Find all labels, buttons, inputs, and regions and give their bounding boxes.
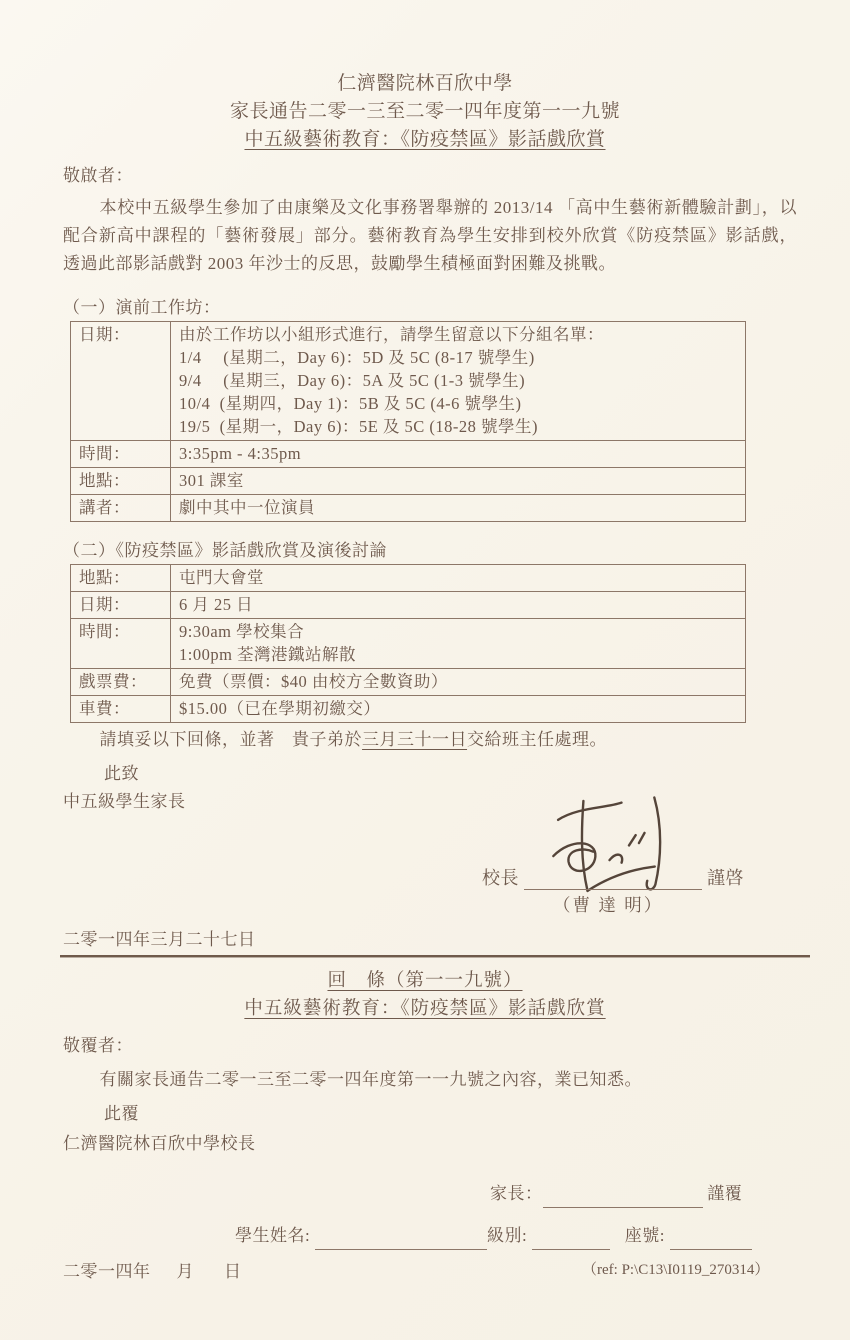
notice-subject: 中五級藝術教育：《防疫禁區》影話戲欣賞 [0,126,850,154]
row-line: 9:30am 學校集合 [179,620,737,643]
row-value: 9:30am 學校集合 1:00pm 荃灣港鐵站解散 [171,619,746,669]
principal-label: 校長 [482,868,519,888]
slip-date-month: 月 [177,1262,195,1281]
row-value: 劇中其中一位演員 [171,495,746,522]
parent-signature-row: 家長： 謹覆 [490,1180,742,1208]
reply-instruction: 請填妥以下回條，並著 貴子弟於三月三十一日交給班主任處理。 [63,726,607,754]
row-value: 6 月 25 日 [171,592,746,619]
parent-label: 家長： [490,1184,543,1203]
principal-name: （曹 達 明） [553,892,663,917]
table-row: 時間： 9:30am 學校集合 1:00pm 荃灣港鐵站解散 [71,619,746,669]
row-label: 車費： [71,696,171,723]
parent-honorific: 謹覆 [707,1184,742,1203]
table-row: 日期： 6 月 25 日 [71,592,746,619]
notice-date: 二零一四年三月二十七日 [63,926,256,954]
reply-slip-title: 回 條（第一一九號） [0,966,850,992]
table-row: 地點： 301 課室 [71,468,746,495]
student-info-row: 學生姓名: 級別: 座號: [235,1222,752,1250]
slip-salutation: 敬覆者： [63,1032,133,1060]
table-row: 戲票費： 免費（票價：$40 由校方全數資助） [71,669,746,696]
row-label: 時間： [71,441,171,468]
row-label: 日期： [71,592,171,619]
intro-paragraph: 本校中五級學生參加了由康樂及文化事務署舉辦的 2013/14 「高中生藝術新體驗… [63,194,797,278]
school-name: 仁濟醫院林百欣中學 [0,70,850,98]
student-name-line [315,1231,487,1250]
slip-addressee: 仁濟醫院林百欣中學校長 [63,1130,256,1158]
instruction-suffix: 交給班主任處理。 [467,730,607,749]
row-label: 地點： [71,565,171,592]
instruction-deadline: 三月三十一日 [362,730,467,749]
file-reference: （ref: P:\C13\I0119_270314） [582,1258,769,1279]
row-line: 1/4 (星期二，Day 6)：5D 及 5C (8-17 號學生) [179,346,737,369]
row-line: 10/4 (星期四，Day 1)：5B 及 5C (4-6 號學生) [179,392,737,415]
section2-heading: （二）《防疫禁區》影話戲欣賞及演後討論 [63,537,387,565]
principal-honorific: 謹啓 [707,868,744,888]
row-label: 時間： [71,619,171,669]
slip-cifu: 此覆 [104,1100,139,1128]
row-value: 3:35pm - 4:35pm [171,441,746,468]
row-line: 19/5 (星期一，Day 6)：5E 及 5C (18-28 號學生) [179,415,737,438]
row-value: 由於工作坊以小組形式進行，請學生留意以下分組名單： 1/4 (星期二，Day 6… [171,322,746,441]
salutation: 敬啟者： [63,162,133,190]
slip-date-day: 日 [224,1262,242,1281]
section1-heading: （一）演前工作坊： [63,294,221,322]
row-value: $15.00（已在學期初繳交） [171,696,746,723]
tear-off-separator [60,955,810,958]
table-row: 日期： 由於工作坊以小組形式進行，請學生留意以下分組名單： 1/4 (星期二，D… [71,322,746,441]
table-row: 講者： 劇中其中一位演員 [71,495,746,522]
workshop-table: 日期： 由於工作坊以小組形式進行，請學生留意以下分組名單： 1/4 (星期二，D… [70,321,746,522]
notice-number-line: 家長通告二零一三至二零一四年度第一一九號 [0,98,850,126]
reply-slip-subtitle-text: 中五級藝術教育：《防疫禁區》影話戲欣賞 [244,999,605,1019]
row-label: 地點： [71,468,171,495]
notice-subject-text: 中五級藝術教育：《防疫禁區》影話戲欣賞 [244,129,605,150]
reply-slip-subtitle: 中五級藝術教育：《防疫禁區》影話戲欣賞 [0,994,850,1020]
parent-signature-line [543,1189,703,1208]
row-label: 戲票費： [71,669,171,696]
row-value: 301 課室 [171,468,746,495]
row-line: 9/4 (星期三，Day 6)：5A 及 5C (1-3 號學生) [179,369,737,392]
slip-date-row: 二零一四年月日 [63,1258,242,1286]
instruction-prefix: 請填妥以下回條，並著 貴子弟於 [100,730,363,749]
row-value: 免費（票價：$40 由校方全數資助） [171,669,746,696]
closing-cizhi: 此致 [104,760,139,788]
row-line: 1:00pm 荃灣港鐵站解散 [179,643,737,666]
signature-row: 校長 謹啓 [482,864,744,890]
row-label: 日期： [71,322,171,441]
seat-number-label: 座號: [625,1226,665,1245]
seat-number-line [670,1231,752,1250]
slip-body: 有關家長通告二零一三至二零一四年度第一一九號之內容，業已知悉。 [63,1066,797,1094]
performance-table: 地點： 屯門大會堂 日期： 6 月 25 日 時間： 9:30am 學校集合 1… [70,564,746,723]
principal-signature-line [524,871,702,890]
row-label: 講者： [71,495,171,522]
table-row: 地點： 屯門大會堂 [71,565,746,592]
row-value: 屯門大會堂 [171,565,746,592]
closing-addressee: 中五級學生家長 [63,788,186,816]
scanned-notice-page: 仁濟醫院林百欣中學 家長通告二零一三至二零一四年度第一一九號 中五級藝術教育：《… [0,0,850,1340]
slip-date-year: 二零一四年 [63,1262,151,1281]
class-line [532,1231,610,1250]
table-row: 時間： 3:35pm - 4:35pm [71,441,746,468]
table-row: 車費： $15.00（已在學期初繳交） [71,696,746,723]
student-name-label: 學生姓名: [235,1226,310,1245]
row-line: 由於工作坊以小組形式進行，請學生留意以下分組名單： [179,323,737,346]
class-label: 級別: [487,1226,527,1245]
reply-slip-title-text: 回 條（第一一九號） [327,971,522,991]
